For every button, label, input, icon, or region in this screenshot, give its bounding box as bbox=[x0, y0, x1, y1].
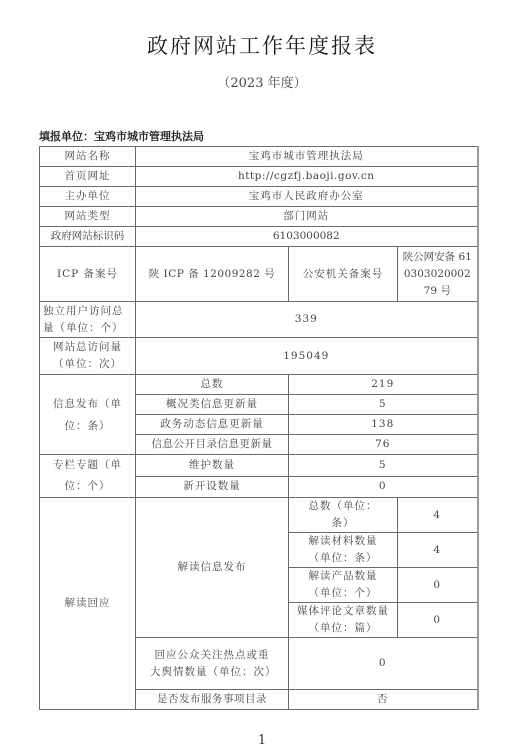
site-id-code-value: 6103000082 bbox=[136, 227, 478, 247]
interp-media-value: 0 bbox=[398, 603, 478, 638]
police-record-value: 陕公网安备 61030302000279 号 bbox=[398, 247, 478, 302]
interp-products-value: 0 bbox=[398, 568, 478, 603]
sponsor-label: 主办单位 bbox=[40, 187, 136, 207]
sponsor-value: 宝鸡市人民政府办公室 bbox=[136, 187, 478, 207]
interp-materials-value: 4 bbox=[398, 533, 478, 568]
info-news-label: 政务动态信息更新量 bbox=[136, 415, 289, 435]
site-name-value: 宝鸡市城市管理执法局 bbox=[136, 147, 478, 167]
report-year: （2023 年度） bbox=[0, 72, 524, 91]
interp-release-label: 解读信息发布 bbox=[136, 498, 289, 638]
interp-materials-label: 解读材料数量（单位：条） bbox=[289, 533, 398, 568]
row-info-total: 信息发布（单位：条） 总数 219 bbox=[40, 375, 478, 395]
page-title: 政府网站工作年度报表 bbox=[0, 30, 524, 60]
homepage-url-label: 首页网址 bbox=[40, 167, 136, 187]
row-total-visits: 网站总访问量（单位：次） 195049 bbox=[40, 338, 478, 375]
row-homepage-url: 首页网址 http://cgzfj.baoji.gov.cn bbox=[40, 167, 478, 187]
info-overview-value: 5 bbox=[289, 395, 478, 415]
row-unique-visitors: 独立用户访问总量（单位：个） 339 bbox=[40, 302, 478, 338]
columns-label: 专栏专题（单位：个） bbox=[40, 455, 136, 498]
columns-new-value: 0 bbox=[289, 476, 478, 498]
filing-unit: 填报单位：宝鸡市城市管理执法局 bbox=[39, 128, 204, 144]
info-overview-label: 概况类信息更新量 bbox=[136, 395, 289, 415]
site-type-label: 网站类型 bbox=[40, 207, 136, 227]
report-table: 网站名称 宝鸡市城市管理执法局 首页网址 http://cgzfj.baoji.… bbox=[39, 146, 479, 710]
site-type-value: 部门网站 bbox=[136, 207, 478, 227]
row-sponsor: 主办单位 宝鸡市人民政府办公室 bbox=[40, 187, 478, 207]
info-total-value: 219 bbox=[289, 375, 478, 395]
interp-products-label: 解读产品数量（单位：个） bbox=[289, 568, 398, 603]
homepage-url-value: http://cgzfj.baoji.gov.cn bbox=[136, 167, 478, 187]
interp-total-value: 4 bbox=[398, 498, 478, 533]
icp-label: ICP 备案号 bbox=[40, 247, 136, 302]
row-columns-maintained: 专栏专题（单位：个） 维护数量 5 bbox=[40, 455, 478, 477]
interp-total-label: 总数（单位：条） bbox=[289, 498, 398, 533]
row-icp: ICP 备案号 陕 ICP 备 12009282 号 公安机关备案号 陕公网安备… bbox=[40, 247, 478, 302]
info-catalog-label: 信息公开目录信息更新量 bbox=[136, 435, 289, 455]
total-visits-value: 195049 bbox=[136, 338, 478, 375]
row-site-type: 网站类型 部门网站 bbox=[40, 207, 478, 227]
interpretation-label: 解读回应 bbox=[40, 498, 136, 710]
row-site-id-code: 政府网站标识码 6103000082 bbox=[40, 227, 478, 247]
site-name-label: 网站名称 bbox=[40, 147, 136, 167]
info-release-label: 信息发布（单位：条） bbox=[40, 375, 136, 455]
columns-new-label: 新开设数量 bbox=[136, 476, 289, 498]
unique-visitors-label: 独立用户访问总量（单位：个） bbox=[40, 302, 136, 338]
columns-maintained-value: 5 bbox=[289, 455, 478, 477]
icp-value: 陕 ICP 备 12009282 号 bbox=[136, 247, 289, 302]
police-record-label: 公安机关备案号 bbox=[289, 247, 398, 302]
interp-media-label: 媒体评论文章数量（单位：篇） bbox=[289, 603, 398, 638]
service-catalog-value: 否 bbox=[289, 690, 478, 710]
columns-maintained-label: 维护数量 bbox=[136, 455, 289, 477]
public-concern-label: 回应公众关注热点或重大舆情数量（单位：次） bbox=[136, 638, 289, 690]
row-interp-total: 解读回应 解读信息发布 总数（单位：条） 4 bbox=[40, 498, 478, 533]
row-site-name: 网站名称 宝鸡市城市管理执法局 bbox=[40, 147, 478, 167]
total-visits-label: 网站总访问量（单位：次） bbox=[40, 338, 136, 375]
public-concern-value: 0 bbox=[289, 638, 478, 690]
site-id-code-label: 政府网站标识码 bbox=[40, 227, 136, 247]
info-news-value: 138 bbox=[289, 415, 478, 435]
unique-visitors-value: 339 bbox=[136, 302, 478, 338]
page-number: 1 bbox=[0, 733, 524, 748]
info-total-label: 总数 bbox=[136, 375, 289, 395]
info-catalog-value: 76 bbox=[289, 435, 478, 455]
service-catalog-label: 是否发布服务事项目录 bbox=[136, 690, 289, 710]
